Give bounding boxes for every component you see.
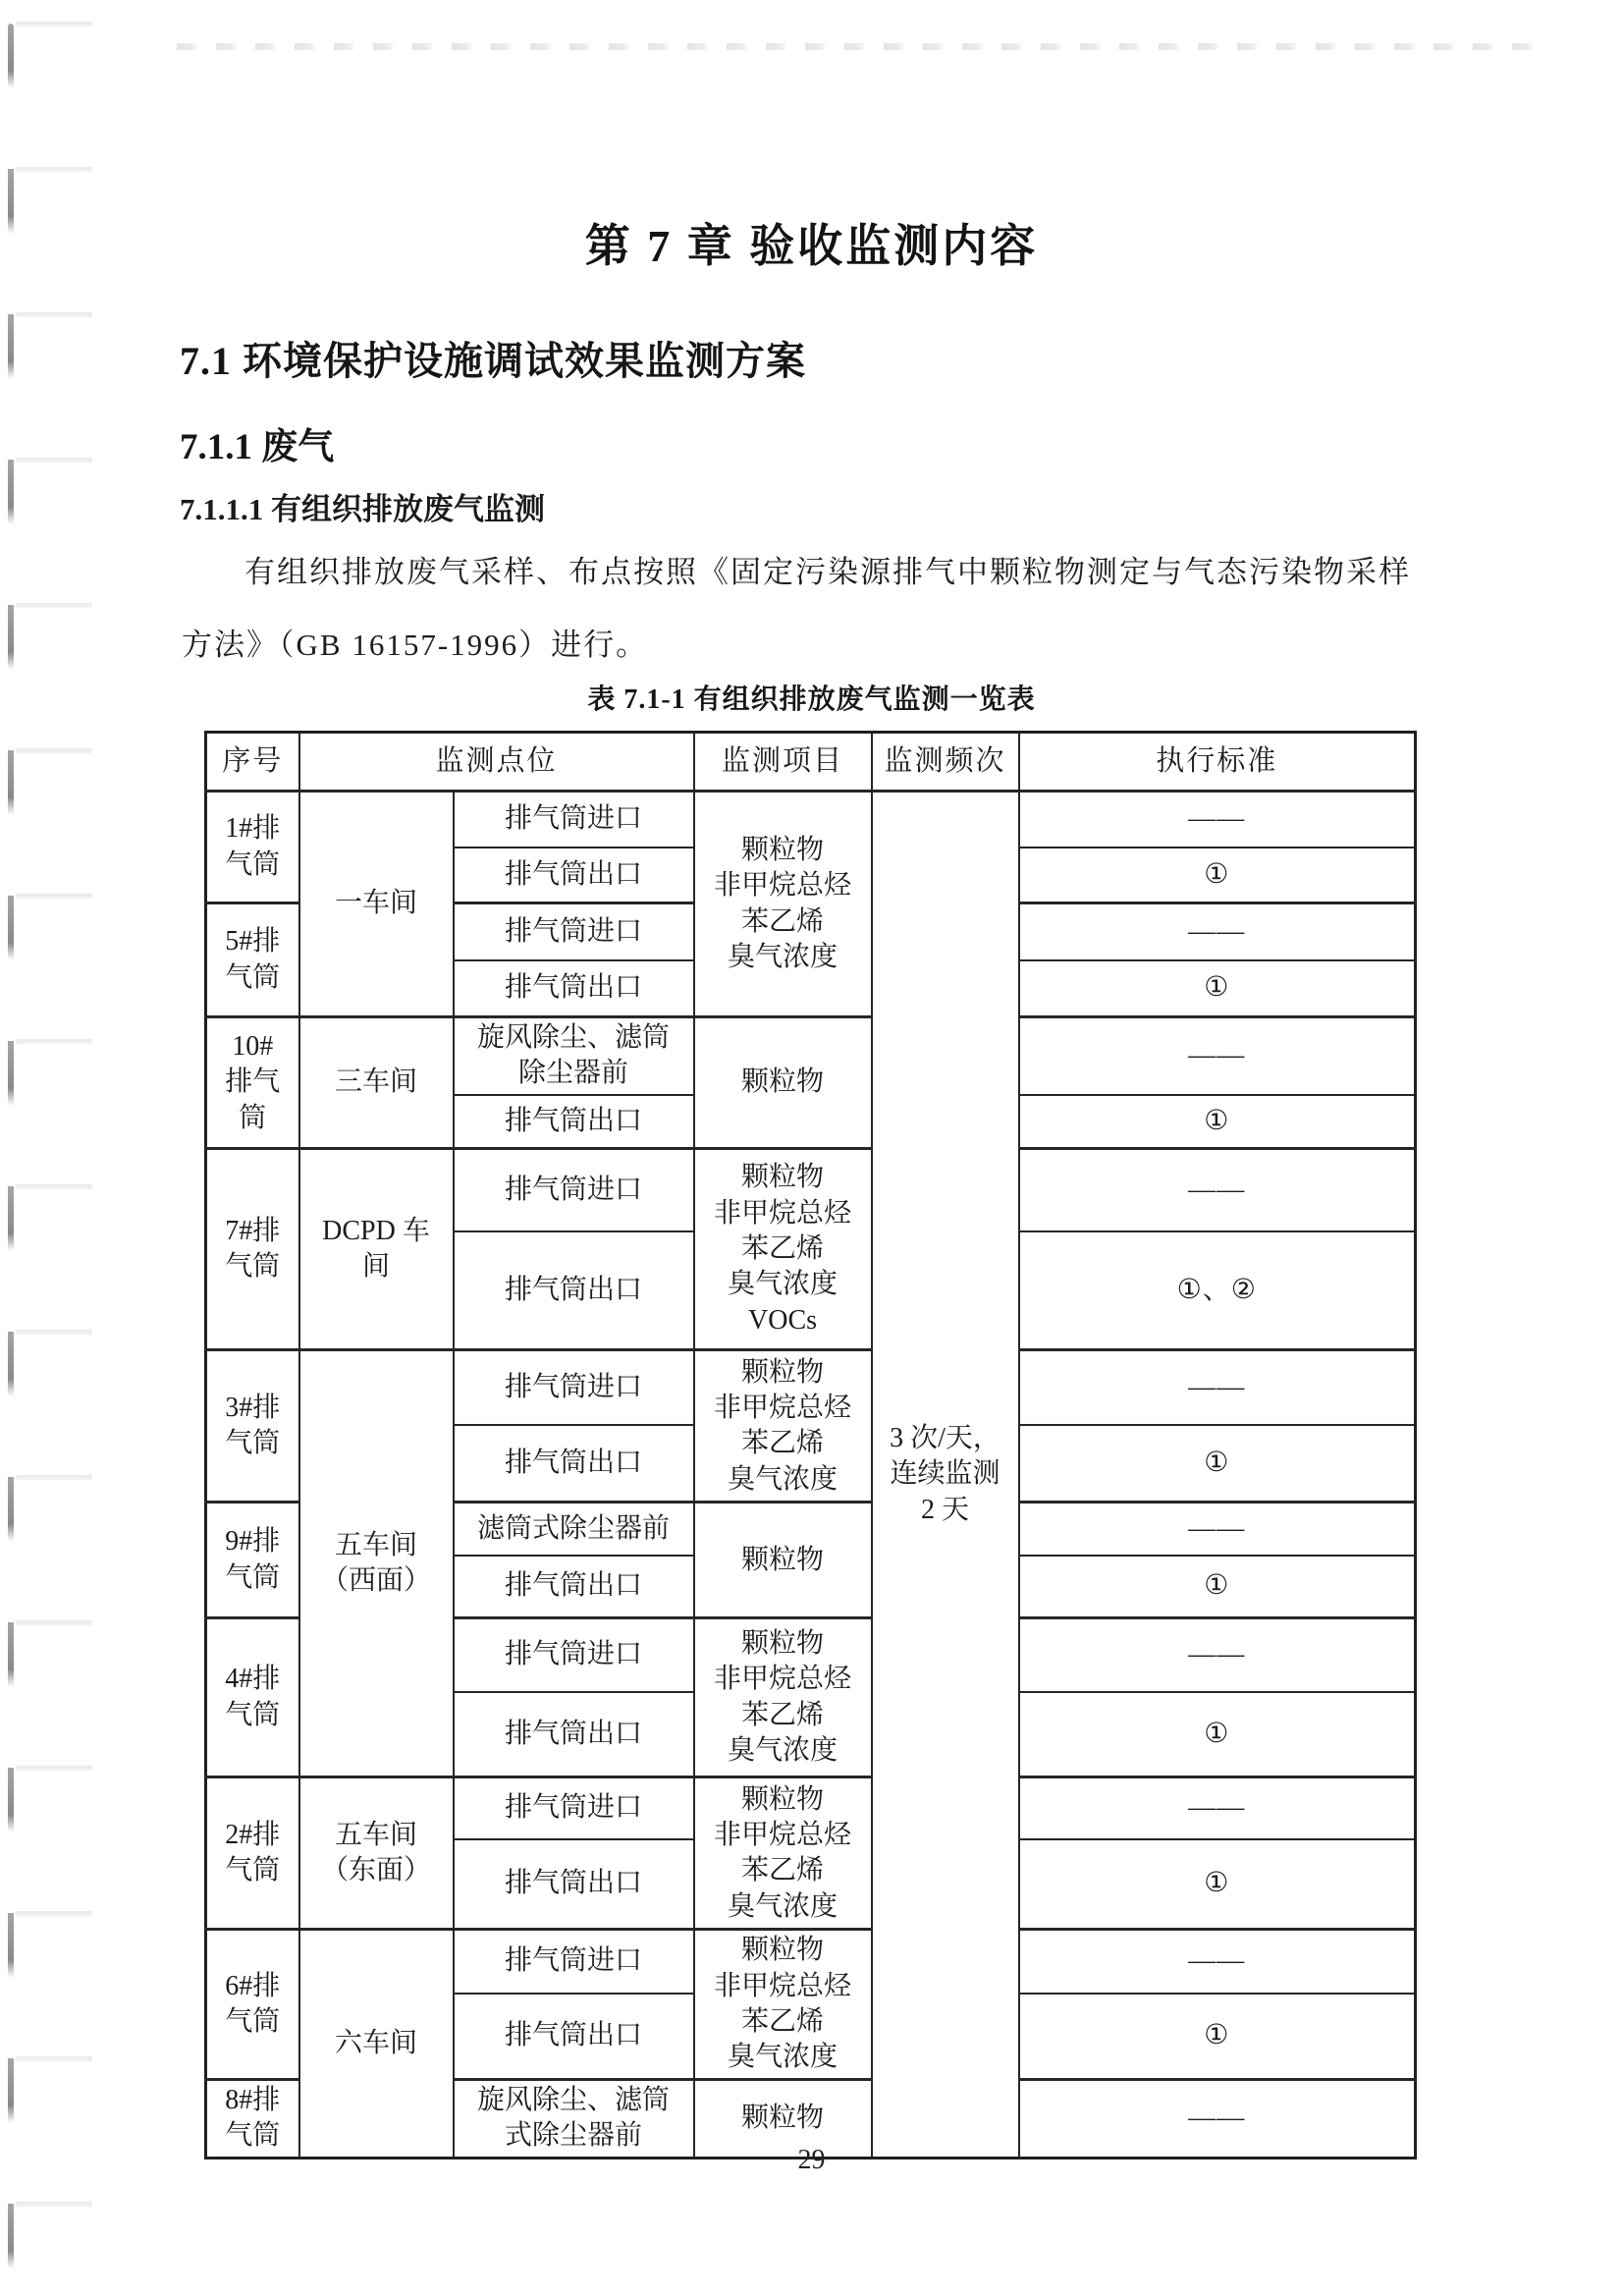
seq-cell-3: 3#排 气筒: [206, 1350, 299, 1503]
scan-binding-marks: [8, 24, 14, 2272]
standard-cell: ①: [1019, 1425, 1416, 1503]
project-cell: 颗粒物 非甲烷总烃 苯乙烯 臭气浓度: [694, 1350, 872, 1503]
seq-cell-10: 10# 排气 筒: [206, 1017, 299, 1149]
standard-cell: ①、②: [1019, 1231, 1416, 1350]
point-cell: 排气筒出口: [454, 960, 694, 1017]
workshop-cell-3: 三车间: [299, 1017, 454, 1149]
standard-cell: ——: [1019, 1618, 1416, 1692]
point-cell: 排气筒出口: [454, 1692, 694, 1777]
point-cell: 排气筒出口: [454, 1231, 694, 1350]
standard-cell: ①: [1019, 1095, 1416, 1149]
standard-cell: ①: [1019, 1839, 1416, 1930]
standard-cell: ①: [1019, 1556, 1416, 1618]
project-cell: 颗粒物 非甲烷总烃 苯乙烯 臭气浓度: [694, 1930, 872, 2080]
paragraph-line-2: 方法》（GB 16157-1996）进行。: [182, 620, 648, 664]
project-cell: 颗粒物 非甲烷总烃 苯乙烯 臭气浓度: [694, 1618, 872, 1777]
seq-cell-2: 2#排 气筒: [206, 1777, 299, 1930]
workshop-cell-6: 六车间: [299, 1930, 454, 2158]
point-cell: 排气筒出口: [454, 1556, 694, 1618]
point-cell: 排气筒进口: [454, 1149, 694, 1231]
scan-edge-noise: [177, 43, 1551, 50]
table-row: 7#排 气筒 DCPD 车 间 排气筒进口 颗粒物 非甲烷总烃 苯乙烯 臭气浓度…: [206, 1149, 1416, 1231]
standard-cell: ——: [1019, 1503, 1416, 1556]
point-cell: 排气筒进口: [454, 792, 694, 847]
table-row: 3#排 气筒 五车间 （西面） 排气筒进口 颗粒物 非甲烷总烃 苯乙烯 臭气浓度…: [206, 1350, 1416, 1425]
frequency-cell: 3 次/天， 连续监测 2 天: [872, 792, 1019, 2159]
scan-binding-marks-shadow: [16, 22, 92, 2270]
standard-cell: ——: [1019, 903, 1416, 960]
standard-cell: ①: [1019, 1994, 1416, 2080]
standard-cell: ①: [1019, 847, 1416, 903]
chapter-title: 第 7 章 验收监测内容: [0, 210, 1623, 275]
seq-cell-1: 1#排 气筒: [206, 792, 299, 903]
point-cell: 排气筒出口: [454, 1095, 694, 1149]
page-number: 29: [0, 2145, 1623, 2176]
col-header-frequency: 监测频次: [872, 733, 1019, 792]
point-cell: 旋风除尘、滤筒 除尘器前: [454, 1017, 694, 1095]
table-row: 10# 排气 筒 三车间 旋风除尘、滤筒 除尘器前 颗粒物 ——: [206, 1017, 1416, 1095]
point-cell: 排气筒进口: [454, 1618, 694, 1692]
standard-cell: ——: [1019, 1149, 1416, 1231]
seq-cell-9: 9#排 气筒: [206, 1503, 299, 1618]
section-heading-7-1-1: 7.1.1 废气: [180, 416, 334, 469]
point-cell: 滤筒式除尘器前: [454, 1503, 694, 1556]
project-cell: 颗粒物: [694, 1017, 872, 1149]
standard-cell: ——: [1019, 1350, 1416, 1425]
table-row: 2#排 气筒 五车间 （东面） 排气筒进口 颗粒物 非甲烷总烃 苯乙烯 臭气浓度…: [206, 1777, 1416, 1839]
document-page: 第 7 章 验收监测内容 7.1 环境保护设施调试效果监测方案 7.1.1 废气…: [0, 0, 1623, 2296]
point-cell: 排气筒进口: [454, 1350, 694, 1425]
standard-cell: ①: [1019, 960, 1416, 1017]
workshop-cell-5-west: 五车间 （西面）: [299, 1350, 454, 1777]
project-cell: 颗粒物: [694, 1503, 872, 1618]
col-header-point: 监测点位: [299, 733, 694, 792]
workshop-cell-5-east: 五车间 （东面）: [299, 1777, 454, 1930]
project-cell: 颗粒物 非甲烷总烃 苯乙烯 臭气浓度: [694, 792, 872, 1017]
point-cell: 排气筒进口: [454, 1777, 694, 1839]
seq-cell-4: 4#排 气筒: [206, 1618, 299, 1777]
project-cell: 颗粒物 非甲烷总烃 苯乙烯 臭气浓度: [694, 1777, 872, 1930]
standard-cell: ——: [1019, 1777, 1416, 1839]
section-heading-7-1: 7.1 环境保护设施调试效果监测方案: [180, 330, 806, 386]
monitoring-table: 序号 监测点位 监测项目 监测频次 执行标准 1#排 气筒 一车间 排气筒进口 …: [204, 731, 1417, 2159]
point-cell: 排气筒出口: [454, 847, 694, 903]
point-cell: 排气筒出口: [454, 1994, 694, 2080]
standard-cell: ——: [1019, 792, 1416, 847]
seq-cell-5: 5#排 气筒: [206, 903, 299, 1017]
workshop-cell-dcpd: DCPD 车 间: [299, 1149, 454, 1350]
standard-cell: ①: [1019, 1692, 1416, 1777]
standard-cell: ——: [1019, 1930, 1416, 1994]
project-cell: 颗粒物 非甲烷总烃 苯乙烯 臭气浓度 VOCs: [694, 1149, 872, 1350]
section-heading-7-1-1-1: 7.1.1.1 有组织排放废气监测: [180, 484, 545, 528]
table-caption: 表 7.1-1 有组织排放废气监测一览表: [0, 678, 1623, 717]
point-cell: 排气筒进口: [454, 1930, 694, 1994]
point-cell: 排气筒进口: [454, 903, 694, 960]
standard-cell: ——: [1019, 1017, 1416, 1095]
table-row: 6#排 气筒 六车间 排气筒进口 颗粒物 非甲烷总烃 苯乙烯 臭气浓度 ——: [206, 1930, 1416, 1994]
col-header-standard: 执行标准: [1019, 733, 1416, 792]
col-header-seq: 序号: [206, 733, 299, 792]
col-header-project: 监测项目: [694, 733, 872, 792]
point-cell: 排气筒出口: [454, 1425, 694, 1503]
table-row: 1#排 气筒 一车间 排气筒进口 颗粒物 非甲烷总烃 苯乙烯 臭气浓度 3 次/…: [206, 792, 1416, 847]
seq-cell-6: 6#排 气筒: [206, 1930, 299, 2080]
paragraph-line-1: 有组织排放废气采样、布点按照《固定污染源排气中颗粒物测定与气态污染物采样: [182, 547, 1411, 591]
seq-cell-7: 7#排 气筒: [206, 1149, 299, 1350]
workshop-cell-1: 一车间: [299, 792, 454, 1017]
point-cell: 排气筒出口: [454, 1839, 694, 1930]
